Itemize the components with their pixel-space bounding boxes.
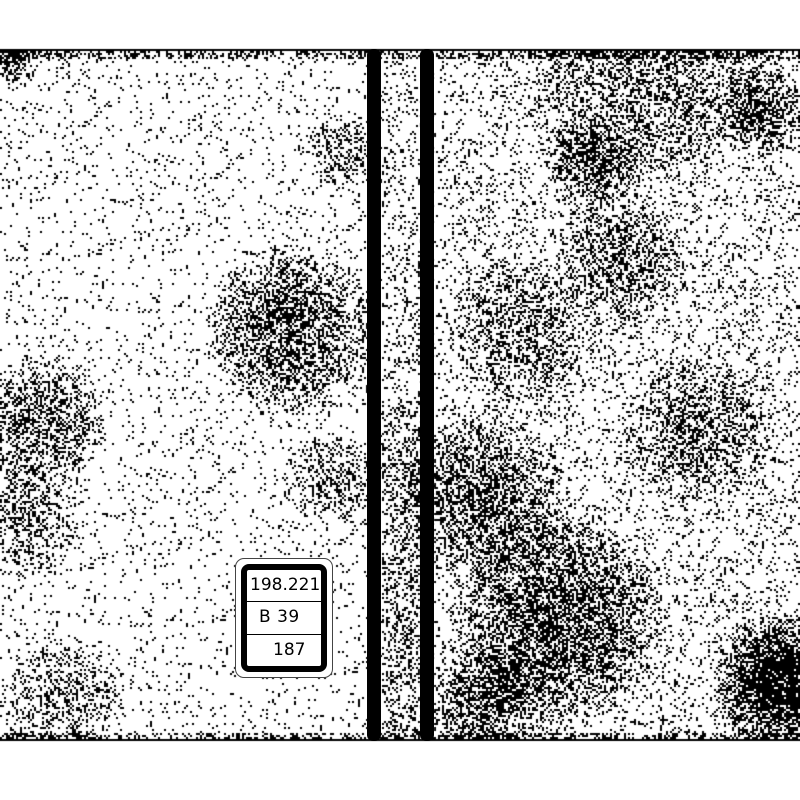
spine-right-edge [420, 49, 434, 741]
library-call-number-label: 198.221 B 39 187 [235, 558, 333, 678]
call-number-cutter: B 39 [247, 601, 321, 633]
call-number-frame: 198.221 B 39 187 [241, 564, 327, 672]
call-number-item: 187 [247, 634, 321, 666]
call-number-class: 198.221 [247, 570, 321, 601]
book-binding [0, 49, 800, 741]
spine-left-edge [367, 49, 381, 741]
